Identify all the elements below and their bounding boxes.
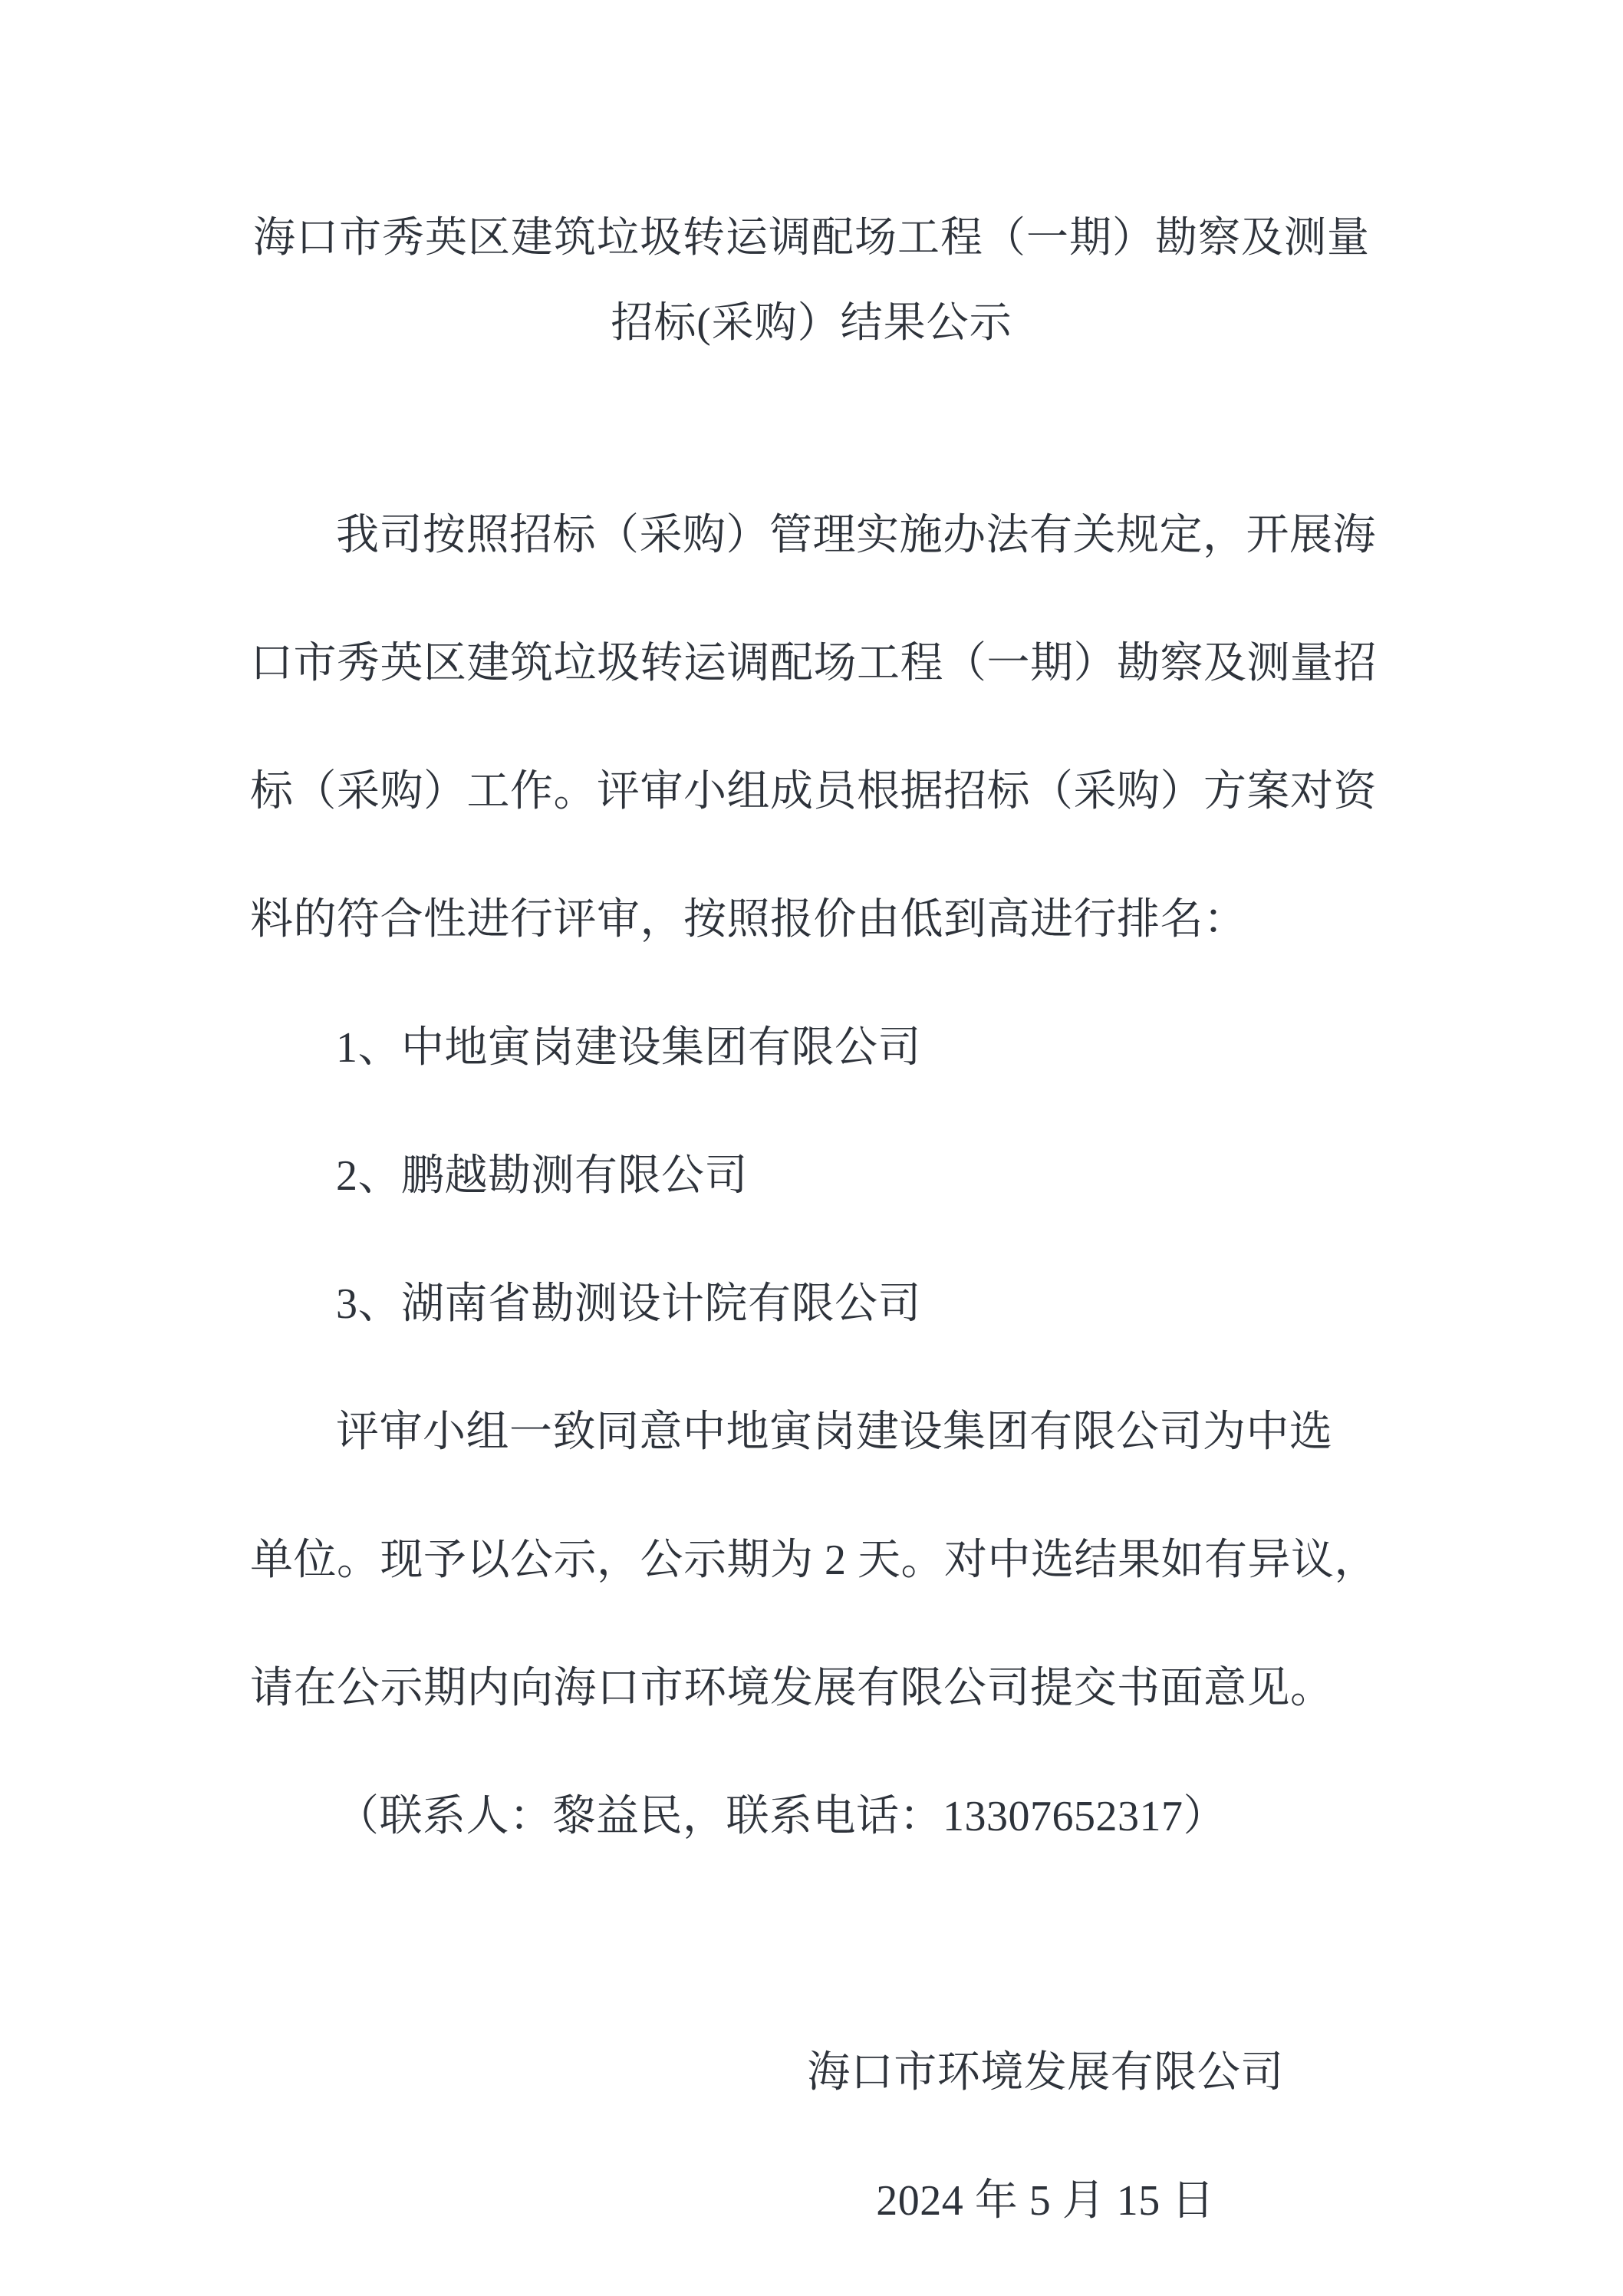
body-line-10: 请在公示期内向海口市环境发展有限公司提交书面意见。 — [250, 1646, 1373, 1731]
ranked-bidder-2: 2、鹏越勘测有限公司 — [250, 1134, 1373, 1219]
signature-block: 海口市环境发展有限公司 2024 年 5 月 15 日 — [718, 2031, 1373, 2244]
ranked-bidder-1: 1、中地寅岗建设集团有限公司 — [250, 1006, 1373, 1091]
body-line-1: 我司按照招标（采购）管理实施办法有关规定，开展海 — [250, 493, 1373, 578]
body-line-4: 料的符合性进行评审，按照报价由低到高进行排名： — [250, 878, 1373, 963]
doc-title-line-1: 海口市秀英区建筑垃圾转运调配场工程（一期）勘察及测量 — [250, 195, 1373, 280]
signature-date: 2024 年 5 月 15 日 — [718, 2159, 1373, 2244]
body-line-9: 单位。现予以公示，公示期为 2 天。对中选结果如有异议， — [250, 1518, 1373, 1603]
contact-line: （联系人：黎益民，联系电话：13307652317） — [250, 1774, 1373, 1860]
document-page: 海口市秀英区建筑垃圾转运调配场工程（一期）勘察及测量 招标(采购）结果公示 我司… — [0, 0, 1623, 2296]
signature-company: 海口市环境发展有限公司 — [718, 2031, 1373, 2116]
body-line-8: 评审小组一致同意中地寅岗建设集团有限公司为中选 — [250, 1390, 1373, 1475]
blank-line — [250, 365, 1373, 450]
document-content: 海口市秀英区建筑垃圾转运调配场工程（一期）勘察及测量 招标(采购）结果公示 我司… — [250, 195, 1373, 2287]
ranked-bidder-3: 3、湖南省勘测设计院有限公司 — [250, 1262, 1373, 1347]
doc-title-line-2: 招标(采购）结果公示 — [250, 280, 1373, 365]
body-line-2: 口市秀英区建筑垃圾转运调配场工程（一期）勘察及测量招 — [250, 621, 1373, 707]
body-line-3: 标（采购）工作。评审小组成员根据招标（采购）方案对资 — [250, 749, 1373, 835]
blank-line — [250, 1902, 1373, 1988]
